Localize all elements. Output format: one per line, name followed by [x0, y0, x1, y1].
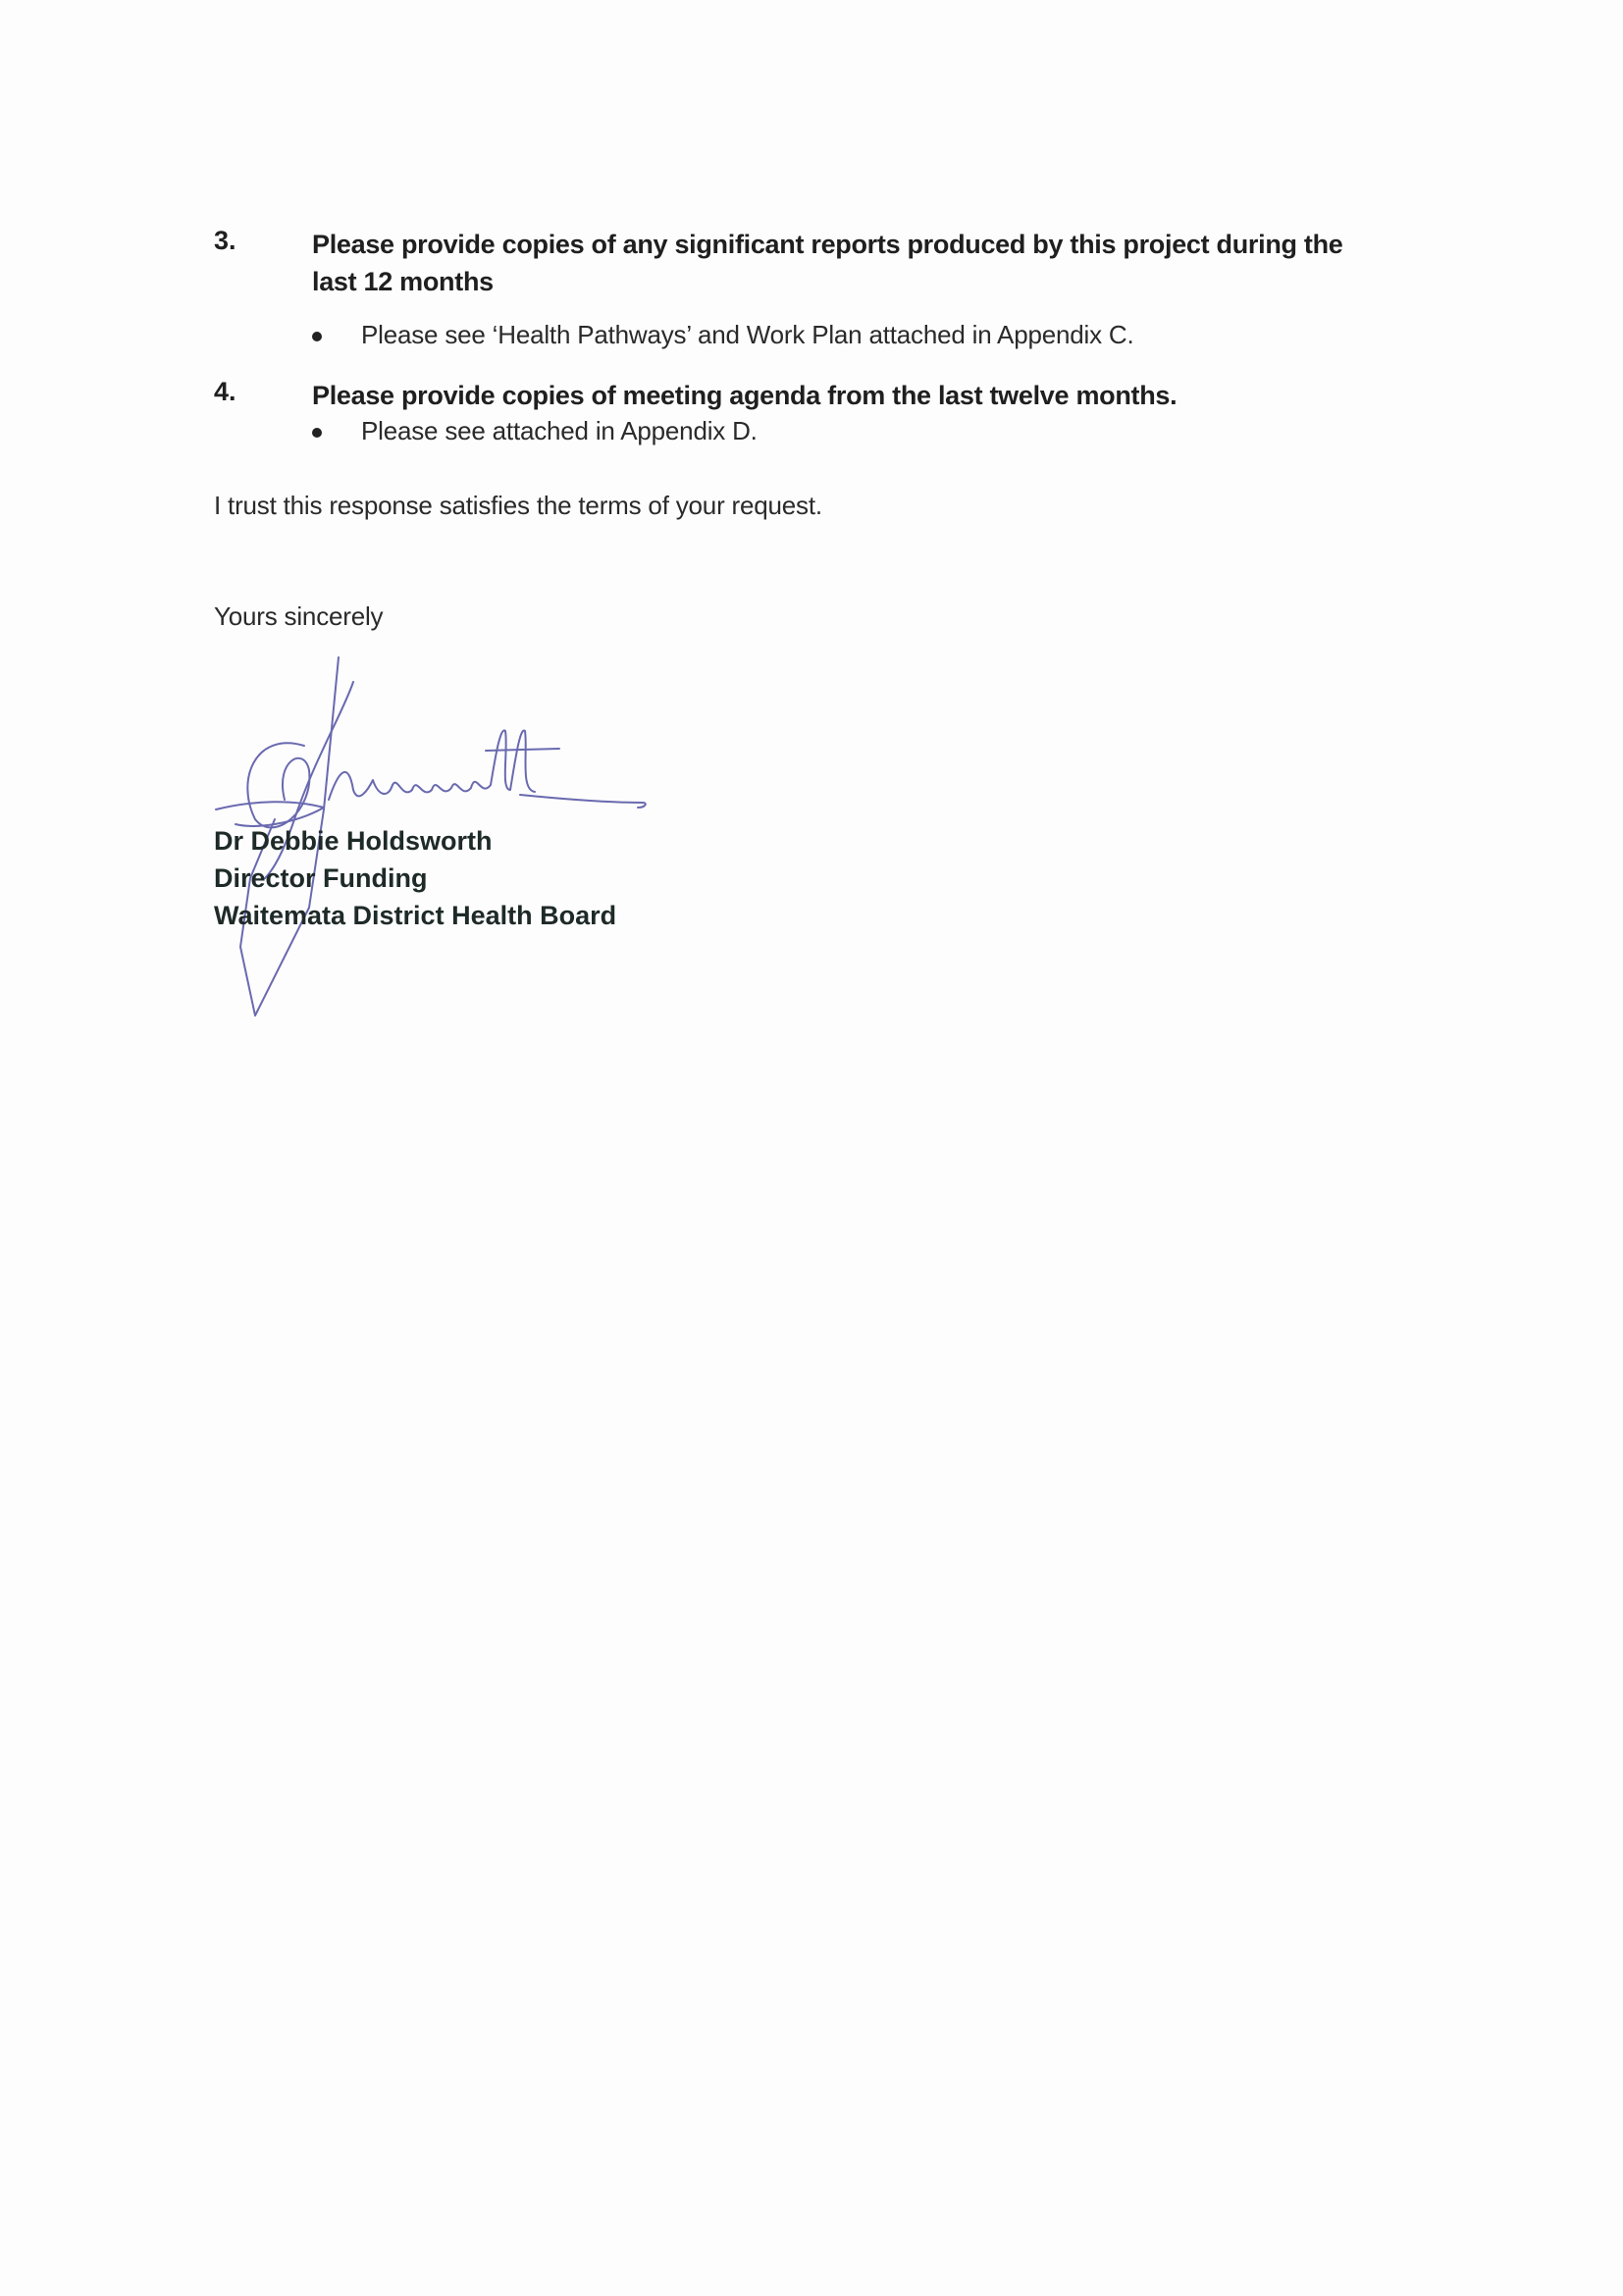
signatory-title: Director Funding	[214, 860, 616, 897]
bullet-icon	[312, 428, 322, 438]
answer-text: Please see attached in Appendix D.	[361, 416, 758, 446]
answer-text: Please see ‘Health Pathways’ and Work Pl…	[361, 320, 1134, 350]
item-number: 4.	[214, 377, 236, 407]
salutation: Yours sincerely	[214, 601, 383, 632]
signature-block: Dr Debbie Holdsworth Director Funding Wa…	[214, 822, 616, 934]
signatory-organisation: Waitemata District Health Board	[214, 897, 616, 934]
item-question: Please provide copies of any significant…	[312, 226, 1391, 300]
item-number: 3.	[214, 226, 236, 256]
signatory-name: Dr Debbie Holdsworth	[214, 822, 616, 860]
bullet-icon	[312, 332, 322, 341]
document-page: 3. Please provide copies of any signific…	[0, 0, 1623, 2296]
closing-paragraph: I trust this response satisfies the term…	[214, 491, 822, 521]
item-question: Please provide copies of meeting agenda …	[312, 377, 1391, 414]
